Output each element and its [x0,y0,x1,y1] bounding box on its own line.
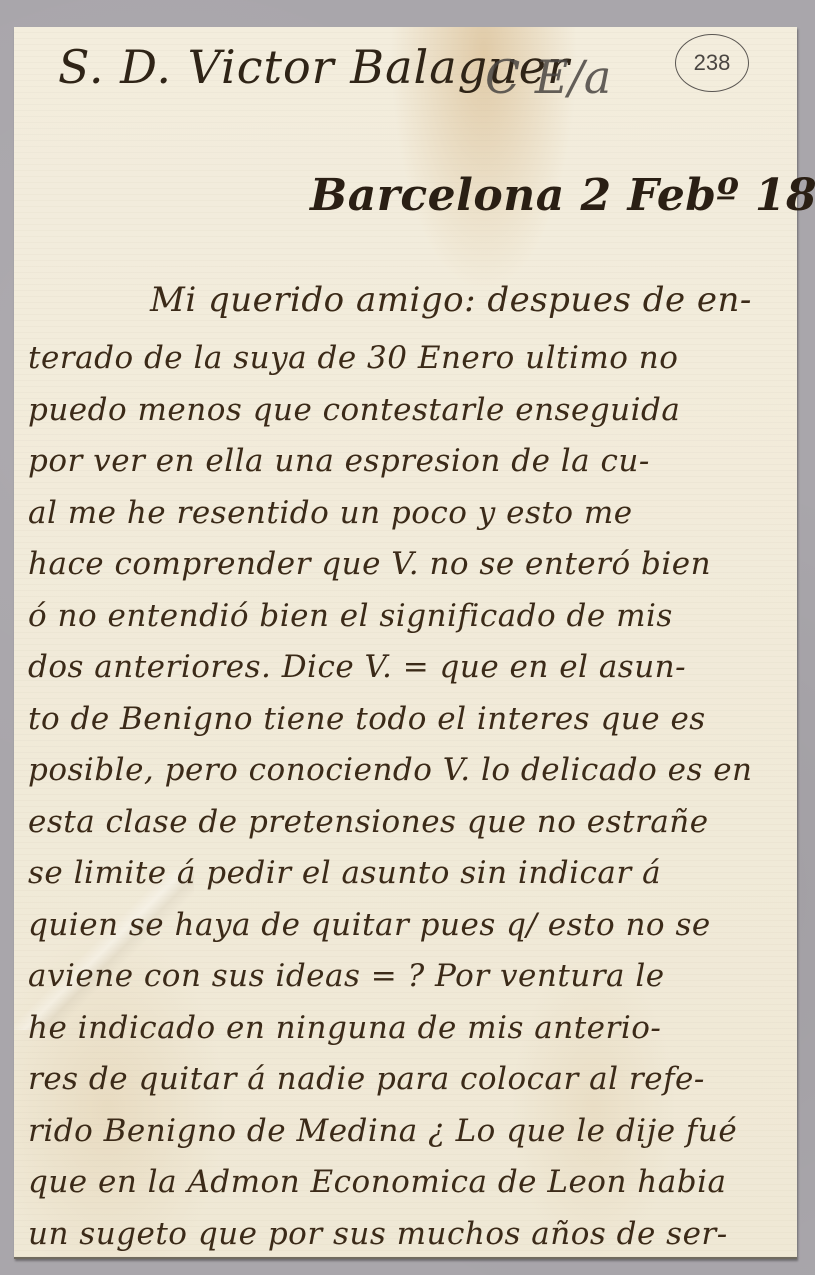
body-line-5: hace comprender que V. no se enteró bien [28,546,711,582]
body-line-10: esta clase de pretensiones que no estrañ… [28,804,709,840]
body-line-1: terado de la suya de 30 Enero ultimo no [28,340,678,376]
body-line-18: un sugeto que por sus muchos años de ser… [28,1216,728,1252]
pencil-annotation: C E/a [485,50,611,104]
body-line-11: se limite á pedir el asunto sin indicar … [28,855,661,891]
folio-number: 238 [694,50,731,76]
salutation-line: Mi querido amigo: despues de en- [150,280,752,320]
body-line-13: aviene con sus ideas = ? Por ventura le [28,958,665,994]
body-line-7: dos anteriores. Dice V. = que en el asun… [28,649,686,685]
body-line-3: por ver en ella una espresion de la cu- [28,443,650,479]
folio-number-circle: 238 [675,34,749,92]
body-line-9: posible, pero conociendo V. lo delicado … [28,752,753,788]
body-line-12: quien se haya de quitar pues q/ esto no … [28,907,711,943]
body-line-8: to de Benigno tiene todo el interes que … [28,701,706,737]
body-line-2: puedo menos que contestarle enseguida [28,392,680,428]
body-line-17: que en la Admon Economica de Leon habia [28,1164,726,1200]
body-line-6: ó no entendió bien el significado de mis [28,598,673,634]
body-line-16: rido Benigno de Medina ¿ Lo que le dije … [28,1113,737,1149]
body-line-15: res de quitar á nadie para colocar al re… [28,1061,705,1097]
body-line-4: al me he resentido un poco y esto me [28,495,633,531]
body-line-14: he indicado en ninguna de mis anterio- [28,1010,661,1046]
place-date-line: Barcelona 2 Febº 1872 [310,170,815,221]
